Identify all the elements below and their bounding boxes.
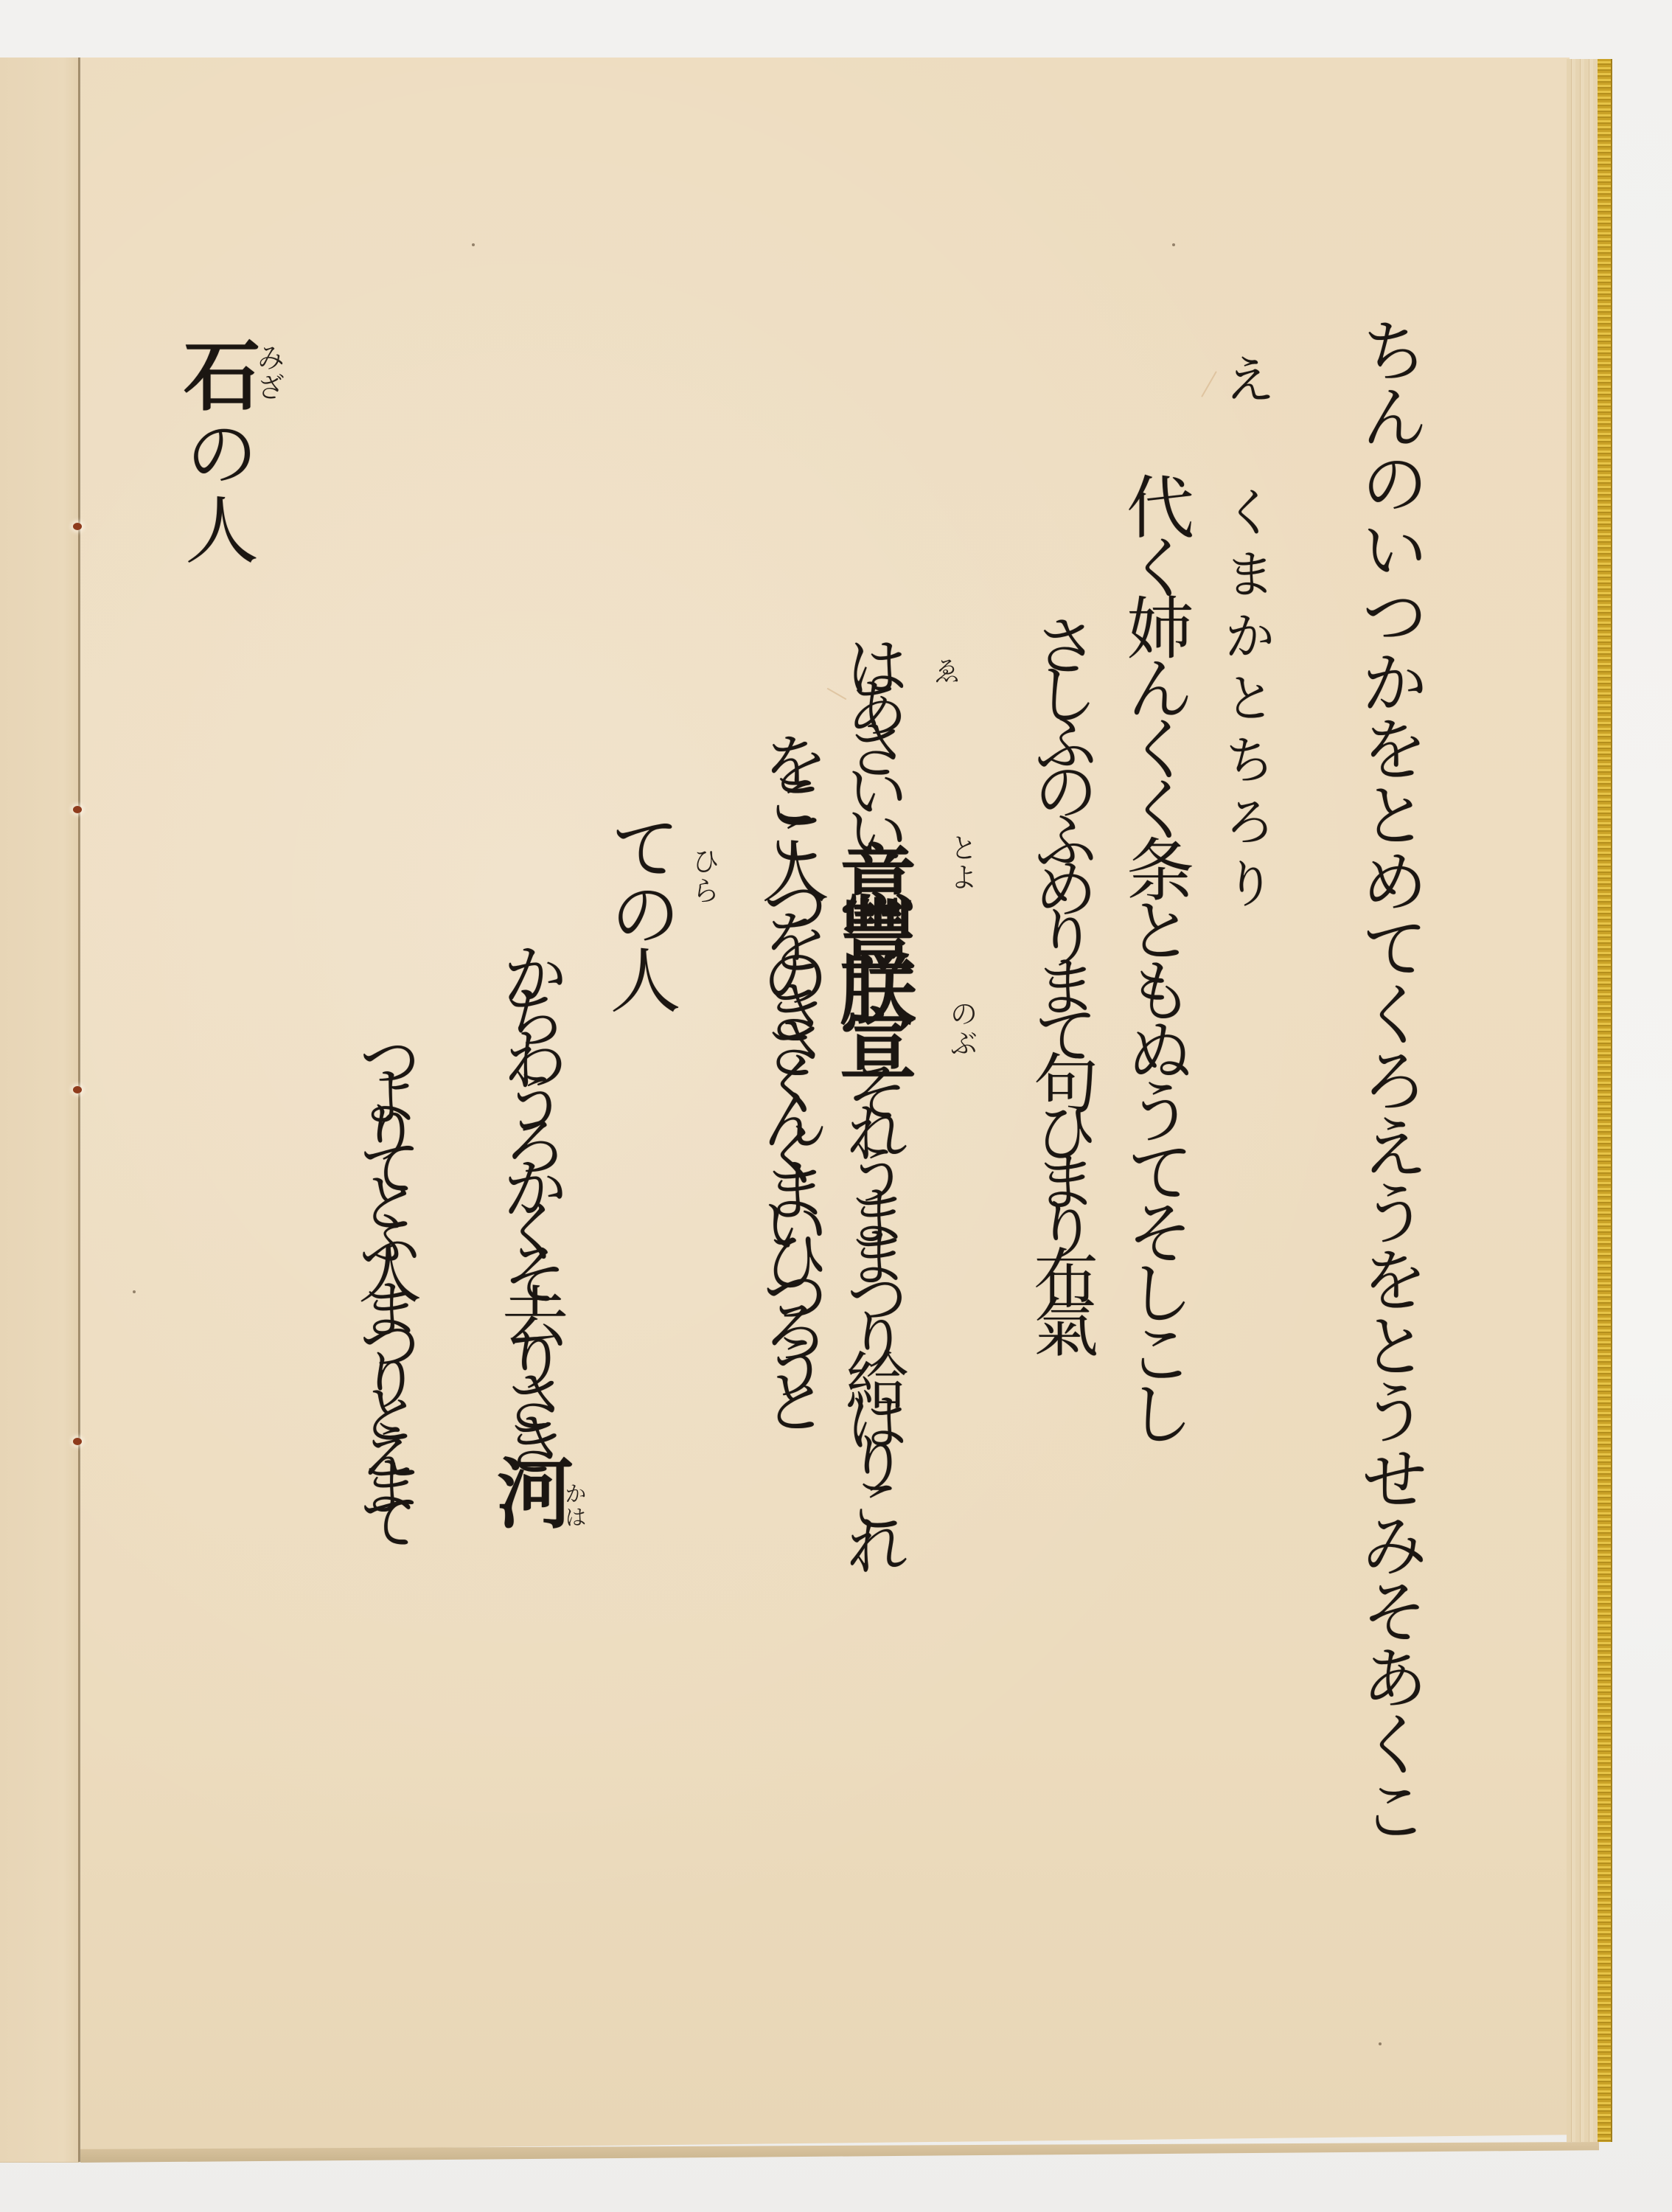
text-column-2: え くまかとちろり — [1220, 352, 1272, 919]
text-column-8: かちわうろかくそ去りさき河 — [490, 940, 567, 1506]
text-column-4: さしふのふめりまて句ひまり布氣 — [1028, 612, 1093, 1342]
page-stack-edge — [1567, 59, 1598, 2142]
spine-fold-line — [78, 58, 80, 2162]
text-column-3: 代く姉んくく条ともぬうてそしこし — [1121, 472, 1188, 1439]
column-5-kanji: 意豐朕宣 — [826, 841, 917, 1059]
furigana-f2: とよ — [947, 833, 975, 892]
previous-leaf-edge — [0, 58, 80, 2163]
paper-speck — [133, 1290, 136, 1293]
text-column-6: をここ人つをのきさくんくまいひつろうと — [756, 730, 823, 1402]
column-10-kanji: 石 — [170, 335, 261, 415]
text-column-1: ちんのいつかをとめてくろえうをとうせみそあくこ — [1355, 316, 1423, 1842]
binding-hole — [73, 523, 82, 530]
text-column-9: つよりてとふ人まつりとえまて — [352, 1029, 416, 1524]
paper-speck — [472, 243, 475, 246]
furigana-f3: のぶ — [947, 999, 975, 1058]
furigana-f1: ゑ — [930, 656, 958, 686]
gilt-fore-edge — [1598, 59, 1612, 2142]
text-column-5: はあさいい意豐朕宣それうままつり給はりこれ — [833, 634, 910, 1554]
column-10-kana: の人 — [173, 415, 259, 568]
column-5-kana-pre: はあさいい — [835, 634, 908, 841]
binding-hole — [73, 806, 82, 813]
paper-speck — [1172, 243, 1175, 246]
furigana-f6: みざ — [254, 343, 282, 402]
text-column-7: ての人 — [605, 811, 675, 1010]
binding-hole — [73, 1086, 82, 1093]
text-column-10: 石の人 — [177, 335, 254, 568]
column-8-kana: かちわうろかくそ去りさき — [490, 940, 568, 1453]
furigana-f4: ひら — [689, 846, 717, 905]
furigana-f5: かは — [562, 1482, 584, 1529]
column-5-kana-post: それうままつり給はりこれ — [835, 1059, 908, 1554]
binding-hole — [73, 1438, 82, 1445]
paper-speck — [1379, 2042, 1382, 2045]
